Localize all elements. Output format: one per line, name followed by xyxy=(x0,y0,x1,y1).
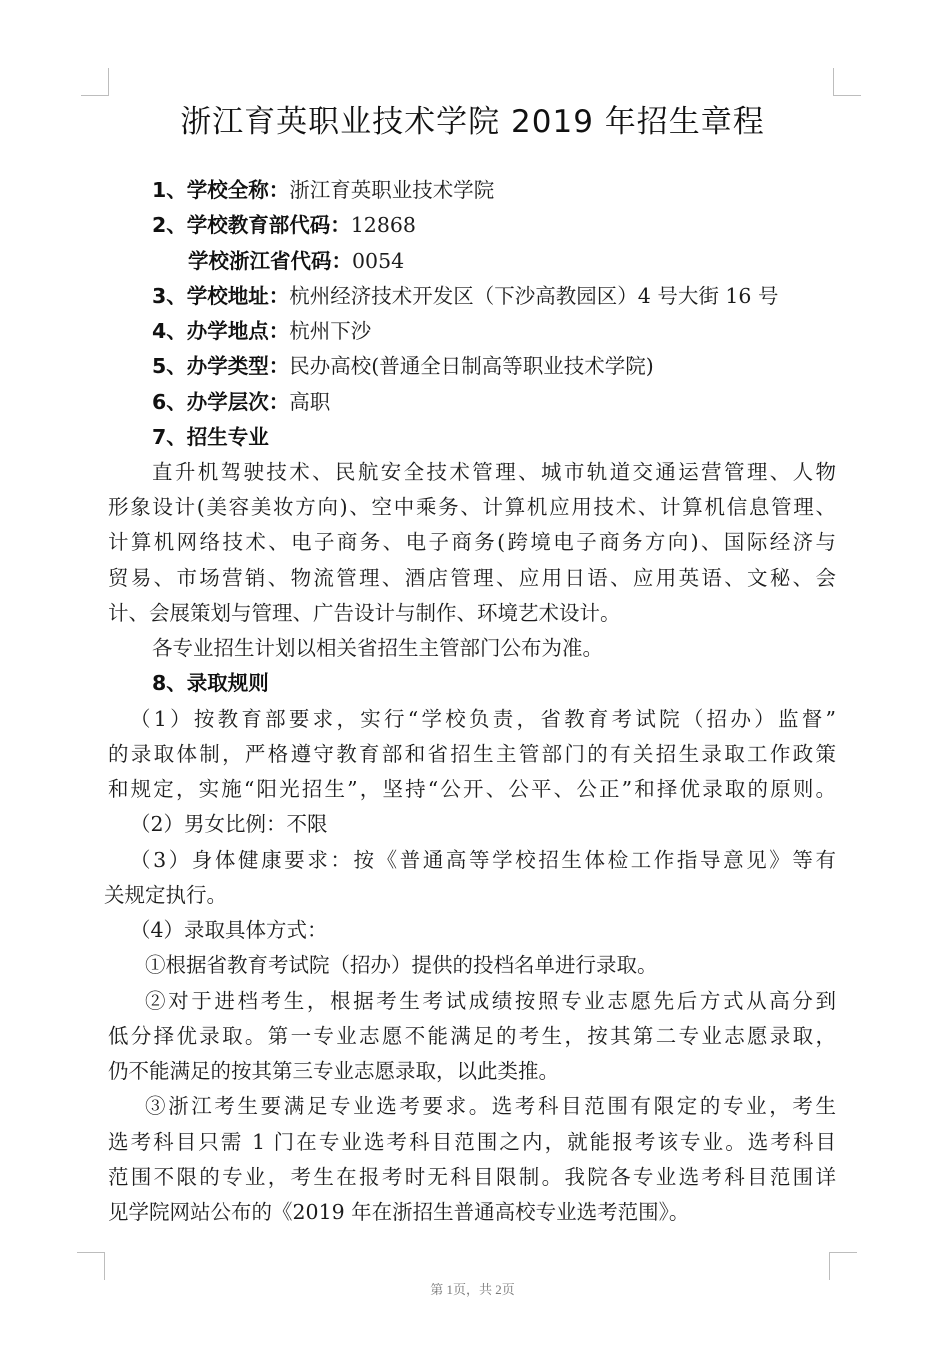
item-value: 杭州经济技术开发区（下沙高教园区）4 号大街 16 号 xyxy=(289,284,778,308)
majors-line: 直升机驾驶技术、民航安全技术管理、城市轨道交通运营管理、人物 xyxy=(152,457,836,487)
item-value: 12868 xyxy=(351,213,416,237)
rule-1-line: （1）按教育部要求，实行“学校负责，省教育考试院（招办）监督” xyxy=(130,704,836,734)
item-school-name: 1、学校全称：浙江育英职业技术学院 xyxy=(152,175,836,205)
item-label: 学校浙江省代码： xyxy=(188,249,352,273)
item-value: 高职 xyxy=(289,390,330,414)
page-indicator: 第 1页，共 2页 xyxy=(0,1279,945,1298)
method-1: ①根据省教育考试院（招办）提供的投档名单进行录取。 xyxy=(145,950,836,980)
item-value: 杭州下沙 xyxy=(289,319,371,343)
item-label: 2、学校教育部代码： xyxy=(152,213,351,237)
method-3-line: 见学院网站公布的《2019 年在浙招生普通高校专业选考范围》。 xyxy=(108,1197,836,1227)
rule-4: （4）录取具体方式： xyxy=(130,915,836,945)
method-3-line: ③浙江考生要满足专业选考要求。选考科目范围有限定的专业，考生 xyxy=(145,1091,836,1121)
item-label: 3、学校地址： xyxy=(152,284,289,308)
item-moe-code: 2、学校教育部代码：12868 xyxy=(152,210,836,240)
corner-mark-bottom-left xyxy=(77,1252,105,1280)
corner-mark-top-right xyxy=(833,68,861,96)
method-3-line: 范围不限的专业，考生在报考时无科目限制。我院各专业选考科目范围详 xyxy=(108,1162,836,1192)
rule-1-line: 的录取体制，严格遵守教育部和省招生主管部门的有关招生录取工作政策 xyxy=(108,739,836,769)
item-value: 浙江育英职业技术学院 xyxy=(289,178,494,202)
rule-3-line: （3）身体健康要求：按《普通高等学校招生体检工作指导意见》等有 xyxy=(130,845,836,875)
corner-mark-top-left xyxy=(81,68,109,96)
item-address: 3、学校地址：杭州经济技术开发区（下沙高教园区）4 号大街 16 号 xyxy=(152,281,836,311)
majors-line: 贸易、市场营销、物流管理、酒店管理、应用日语、应用英语、文秘、会 xyxy=(108,563,836,593)
item-label: 5、办学类型： xyxy=(152,354,289,378)
document-title: 浙江育英职业技术学院 2019 年招生章程 xyxy=(0,100,945,144)
item-type: 5、办学类型：民办高校(普通全日制高等职业技术学院) xyxy=(152,351,836,381)
item-label: 1、学校全称： xyxy=(152,178,289,202)
item-zj-code: 学校浙江省代码：0054 xyxy=(188,246,836,276)
item-label: 4、办学地点： xyxy=(152,319,289,343)
item-value: 民办高校(普通全日制高等职业技术学院) xyxy=(289,354,654,378)
method-2-line: 仍不能满足的按其第三专业志愿录取，以此类推。 xyxy=(108,1056,836,1086)
rule-1-line: 和规定，实施“阳光招生”，坚持“公开、公平、公正”和择优录取的原则。 xyxy=(108,774,836,804)
item-label: 6、办学层次： xyxy=(152,390,289,414)
section-8-heading: 8、录取规则 xyxy=(152,668,836,698)
item-value: 0054 xyxy=(352,249,404,273)
rule-2: （2）男女比例：不限 xyxy=(130,809,836,839)
corner-mark-bottom-right xyxy=(829,1252,857,1280)
majors-line: 计、会展策划与管理、广告设计与制作、环境艺术设计。 xyxy=(108,598,836,628)
section-7-heading: 7、招生专业 xyxy=(152,422,836,452)
item-location: 4、办学地点：杭州下沙 xyxy=(152,316,836,346)
method-2-line: ②对于进档考生，根据考生考试成绩按照专业志愿先后方式从高分到 xyxy=(145,986,836,1016)
method-2-line: 低分择优录取。第一专业志愿不能满足的考生，按其第二专业志愿录取， xyxy=(108,1021,836,1051)
item-level: 6、办学层次：高职 xyxy=(152,387,836,417)
majors-line: 形象设计(美容美妆方向)、空中乘务、计算机应用技术、计算机信息管理、 xyxy=(108,492,836,522)
plan-note: 各专业招生计划以相关省招生主管部门公布为准。 xyxy=(152,633,836,663)
majors-line: 计算机网络技术、电子商务、电子商务(跨境电子商务方向)、国际经济与 xyxy=(108,527,836,557)
rule-3-line: 关规定执行。 xyxy=(104,880,832,910)
method-3-line: 选考科目只需 1 门在专业选考科目范围之内，就能报考该专业。选考科目 xyxy=(108,1127,836,1157)
